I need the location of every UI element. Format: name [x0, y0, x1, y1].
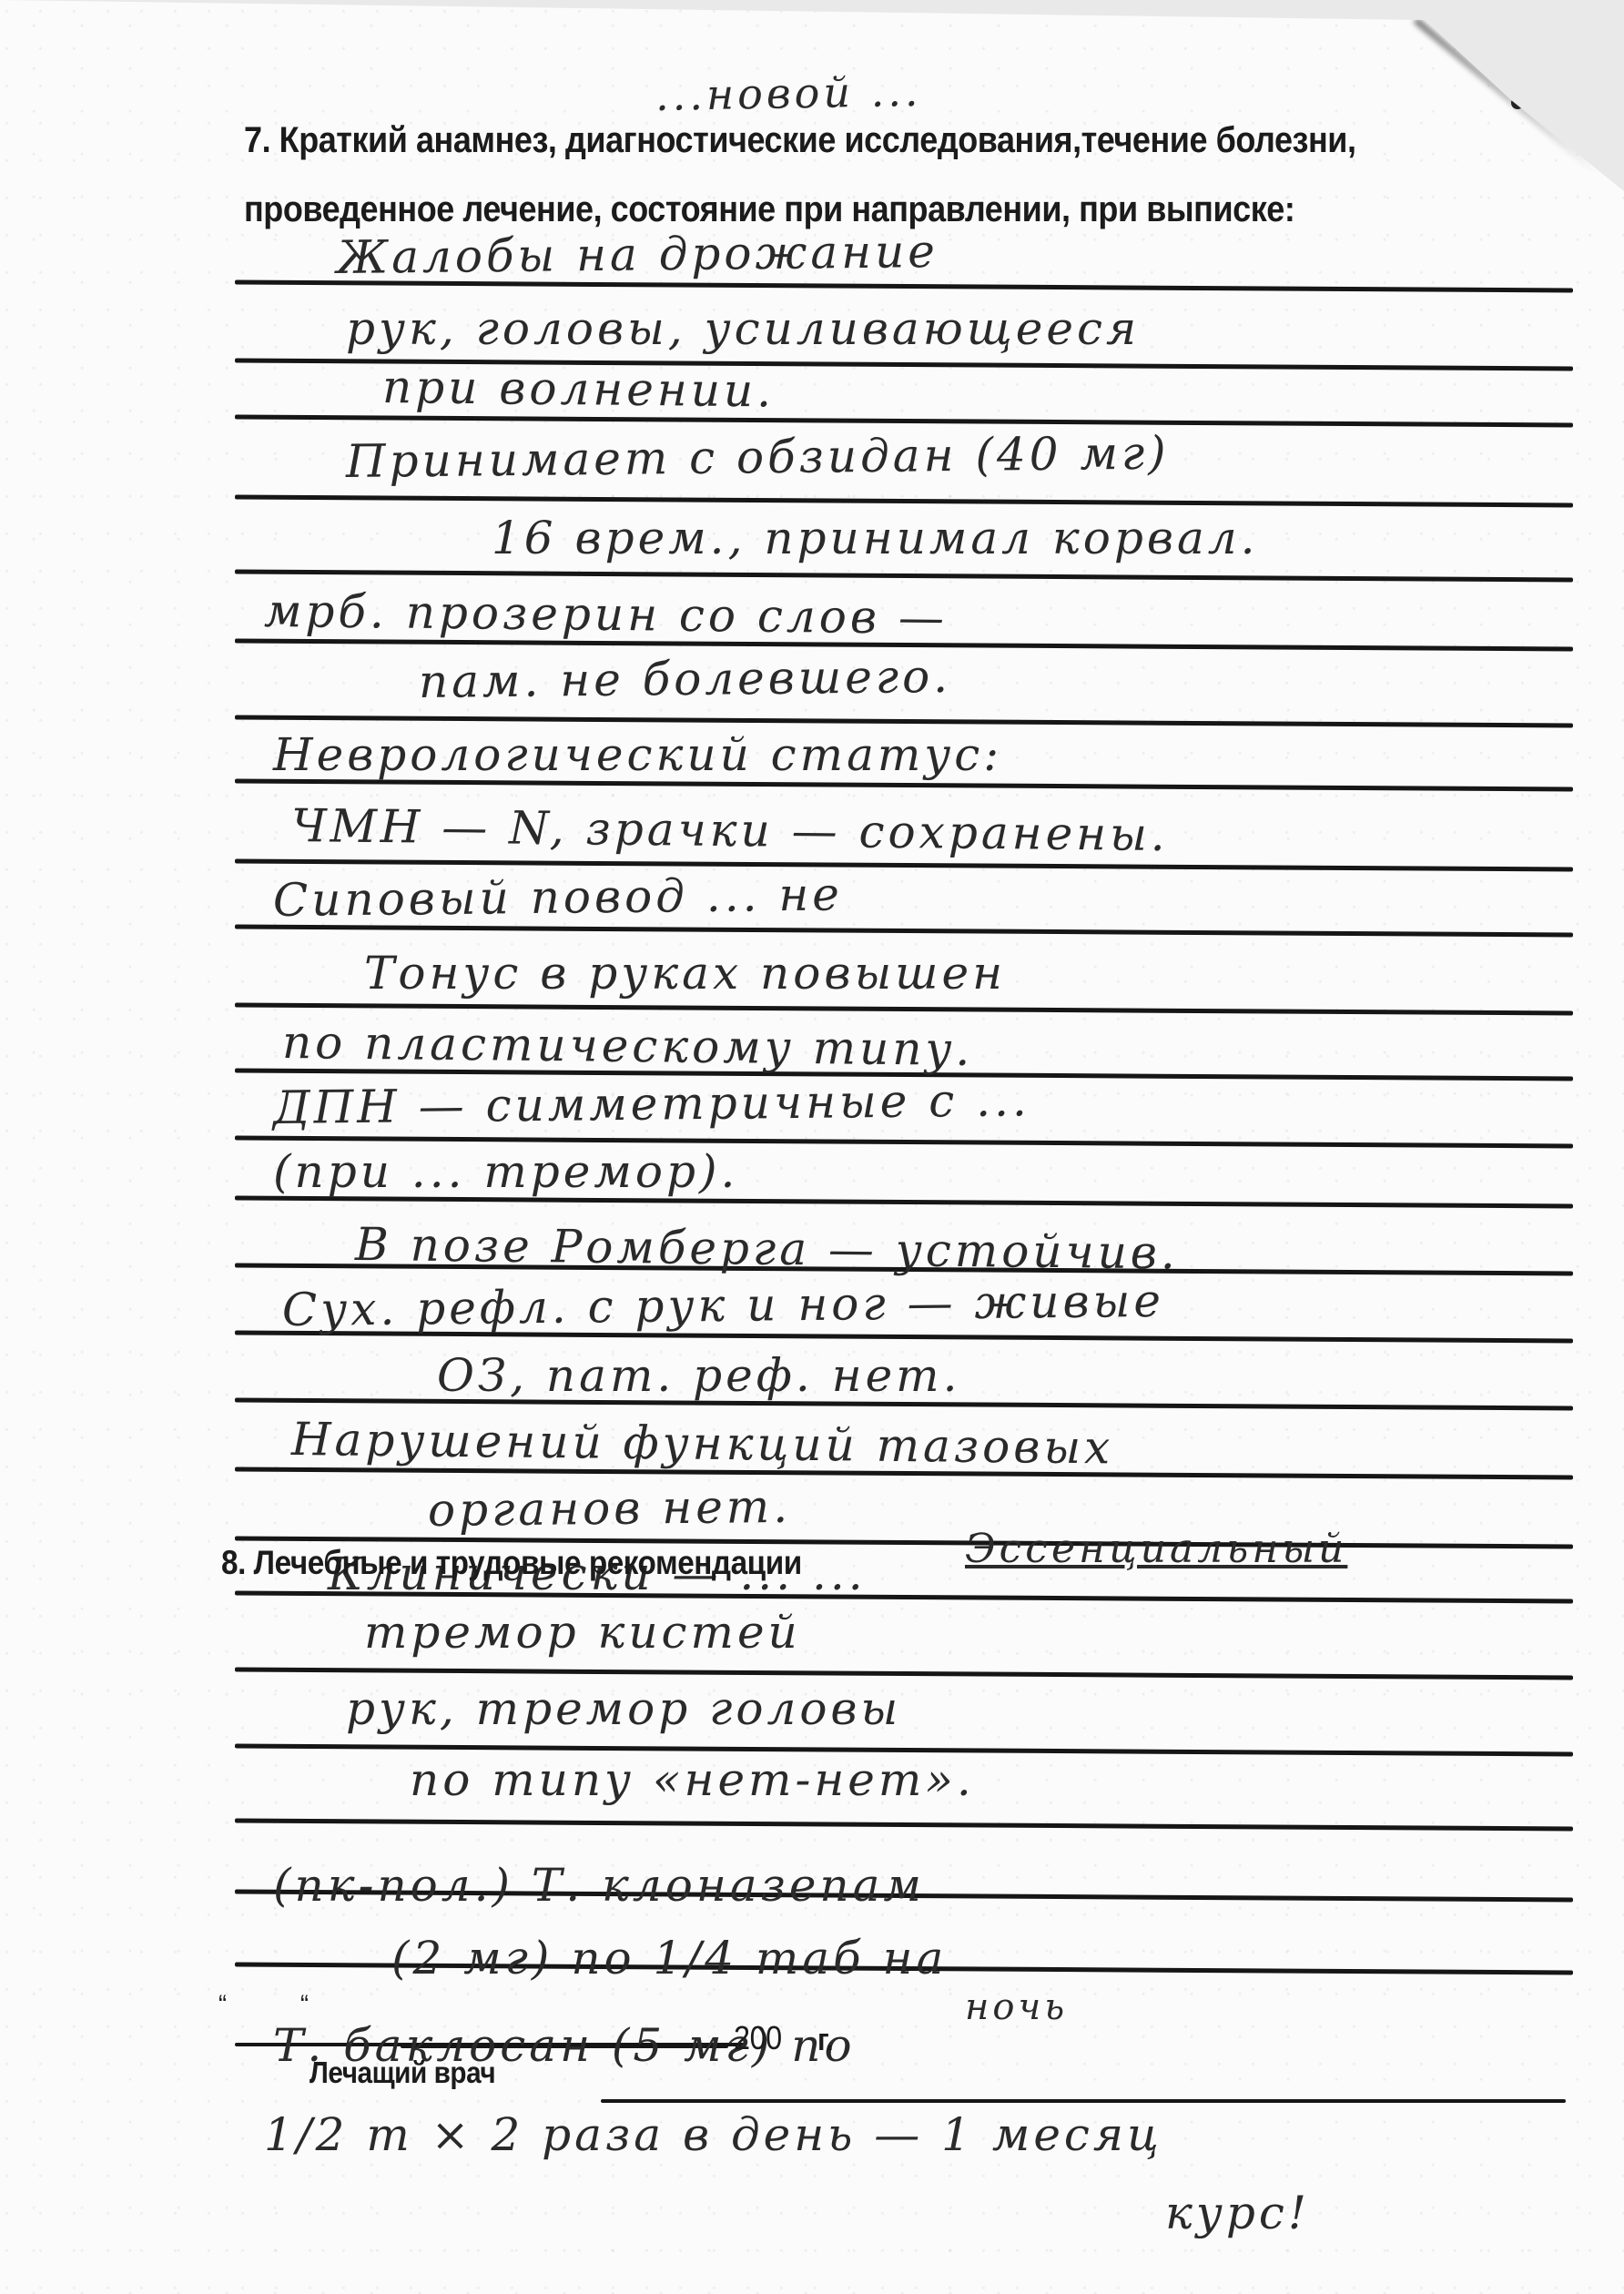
ruled-line	[235, 859, 1573, 872]
handwritten-line: Жалобы на дрожание	[337, 225, 939, 284]
ruled-line	[235, 1819, 1573, 1832]
handwritten-line: (2 мг) по 1/4 таб на	[391, 1932, 947, 1984]
header-handwritten-note: ...новой ...	[655, 66, 922, 120]
handwritten-line: рук, головы, усиливающееся	[346, 302, 1140, 355]
ruled-line	[235, 1668, 1573, 1680]
date-quote-close: “	[300, 1990, 309, 2021]
handwritten-line: (при ... тремор).	[273, 1145, 738, 1198]
handwritten-line: курс!	[1165, 2187, 1310, 2239]
handwritten-line: 1/2 т × 2 раза в день — 1 месяц	[264, 2108, 1162, 2161]
corner-punch-mark	[1511, 96, 1524, 109]
handwritten-line: Сух. рефл. с рук и ног — живые	[282, 1274, 1164, 1336]
section7-title-line1: 7. Краткий анамнез, диагностические иссл…	[244, 120, 1356, 161]
date-year-prefix: 200	[734, 2019, 782, 2057]
handwritten-line: Эссенциальный	[965, 1526, 1347, 1572]
ruled-line	[235, 1003, 1573, 1016]
ruled-line	[235, 415, 1573, 428]
handwritten-line: Неврологический статус:	[273, 728, 1002, 781]
handwritten-line: ОЗ, пат. реф. нет.	[437, 1349, 961, 1402]
handwritten-line: Сиповый повод ... не	[273, 868, 843, 927]
section7-title-line2: проведенное лечение, состояние при напра…	[244, 189, 1294, 230]
handwritten-line: ЧМН — N, зрачки — сохранены.	[291, 799, 1169, 861]
handwritten-line: В позе Ромберга — устойчив.	[355, 1218, 1179, 1279]
handwritten-line: при волнении.	[382, 360, 776, 418]
ruled-line	[235, 716, 1573, 728]
handwritten-line: тремор кистей	[364, 1606, 801, 1659]
handwritten-line: (пк-пол.) Т. клоназепам	[273, 1859, 925, 1912]
section8-title: 8. Лечебные и трудовые рекомендации	[221, 1544, 802, 1582]
handwritten-line: Тонус в руках повышен	[364, 947, 1006, 1000]
handwritten-line: мрб. прозерин со слов —	[264, 584, 948, 645]
footer-line	[601, 2099, 1566, 2103]
handwritten-line: Нарушений функций тазовых	[291, 1413, 1114, 1474]
handwritten-line: ДПН — симметричные с ...	[273, 1073, 1030, 1134]
date-year-suffix: г.	[817, 2023, 833, 2058]
ruled-line	[235, 495, 1573, 508]
date-quote-open: “	[218, 1990, 227, 2021]
handwritten-line: пам. не болевшего.	[419, 650, 952, 708]
handwritten-line: Принимает с обзидан (40 мг)	[346, 427, 1170, 488]
handwritten-line: ночь	[965, 1986, 1068, 2028]
folded-corner-shadow	[1413, 17, 1599, 175]
handwritten-line: органов нет.	[428, 1480, 792, 1537]
handwritten-line: по типу «нет-нет».	[410, 1753, 975, 1806]
handwritten-line: рук, тремор головы	[346, 1682, 901, 1735]
handwritten-line: по пластическому типу.	[282, 1016, 974, 1076]
ruled-line	[235, 925, 1573, 938]
signature-label: Лечащий врач	[310, 2055, 495, 2090]
ruled-line	[235, 570, 1573, 583]
scanned-page: ...новой ... 7. Краткий анамнез, диагнос…	[0, 0, 1624, 2294]
handwritten-line: 16 врем., принимал корвал.	[492, 512, 1259, 564]
